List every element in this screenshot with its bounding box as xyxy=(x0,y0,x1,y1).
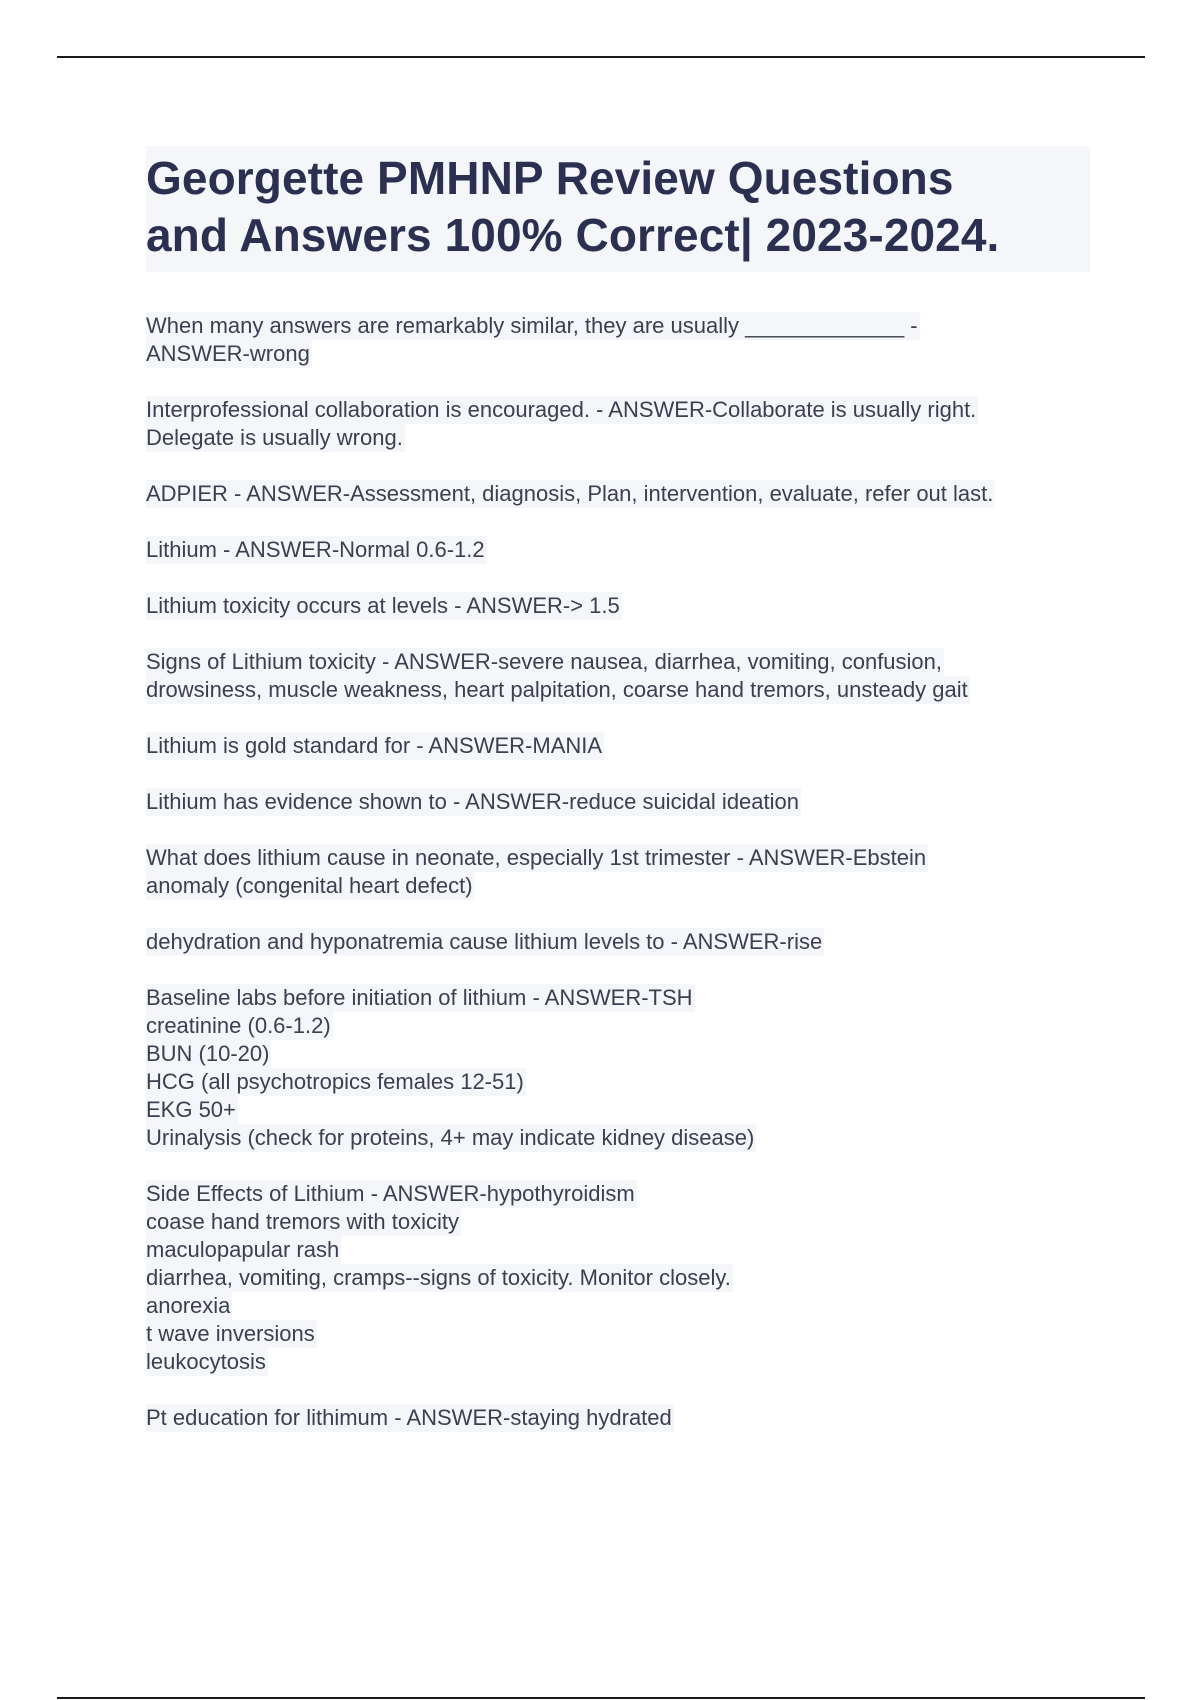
qa-line: coase hand tremors with toxicity xyxy=(146,1208,461,1236)
title-line-2: and Answers 100% Correct| 2023-2024. xyxy=(146,209,999,261)
qa-item: Pt education for lithimum - ANSWER-stayi… xyxy=(146,1404,1086,1432)
qa-line: creatinine (0.6-1.2) xyxy=(146,1012,333,1040)
qa-line: Baseline labs before initiation of lithi… xyxy=(146,984,695,1012)
qa-line: Pt education for lithimum - ANSWER-stayi… xyxy=(146,1404,674,1432)
title-line-1: Georgette PMHNP Review Questions xyxy=(146,152,954,204)
qa-item: Lithium - ANSWER-Normal 0.6-1.2 xyxy=(146,536,1086,564)
qa-line: Lithium has evidence shown to - ANSWER-r… xyxy=(146,788,801,816)
qa-line: Signs of Lithium toxicity - ANSWER-sever… xyxy=(146,648,944,676)
qa-line: HCG (all psychotropics females 12-51) xyxy=(146,1068,526,1096)
qa-item: What does lithium cause in neonate, espe… xyxy=(146,844,1086,900)
qa-line: ANSWER-wrong xyxy=(146,340,312,368)
qa-line: diarrhea, vomiting, cramps--signs of tox… xyxy=(146,1264,733,1292)
qa-line: maculopapular rash xyxy=(146,1236,341,1264)
qa-item: dehydration and hyponatremia cause lithi… xyxy=(146,928,1086,956)
qa-line: dehydration and hyponatremia cause lithi… xyxy=(146,928,824,956)
footer-rule xyxy=(57,1697,1145,1699)
qa-item: Signs of Lithium toxicity - ANSWER-sever… xyxy=(146,648,1086,704)
qa-item: When many answers are remarkably similar… xyxy=(146,312,1086,368)
header-rule xyxy=(57,56,1145,58)
qa-line: anomaly (congenital heart defect) xyxy=(146,872,475,900)
qa-line: When many answers are remarkably similar… xyxy=(146,312,920,340)
qa-line: Side Effects of Lithium - ANSWER-hypothy… xyxy=(146,1180,637,1208)
qa-line: Lithium is gold standard for - ANSWER-MA… xyxy=(146,732,604,760)
qa-item: Lithium is gold standard for - ANSWER-MA… xyxy=(146,732,1086,760)
qa-item: Interprofessional collaboration is encou… xyxy=(146,396,1086,452)
qa-item: Side Effects of Lithium - ANSWER-hypothy… xyxy=(146,1180,1086,1376)
qa-line: Urinalysis (check for proteins, 4+ may i… xyxy=(146,1124,756,1152)
document-title: Georgette PMHNP Review Questions and Ans… xyxy=(146,150,1090,264)
qa-line: BUN (10-20) xyxy=(146,1040,271,1068)
qa-line: EKG 50+ xyxy=(146,1096,238,1124)
qa-line: anorexia xyxy=(146,1292,232,1320)
qa-item: Lithium has evidence shown to - ANSWER-r… xyxy=(146,788,1086,816)
qa-item: ADPIER - ANSWER-Assessment, diagnosis, P… xyxy=(146,480,1086,508)
qa-line: t wave inversions xyxy=(146,1320,317,1348)
qa-item: Baseline labs before initiation of lithi… xyxy=(146,984,1086,1152)
qa-line: ADPIER - ANSWER-Assessment, diagnosis, P… xyxy=(146,480,995,508)
qa-line: Interprofessional collaboration is encou… xyxy=(146,396,978,424)
qa-item: Lithium toxicity occurs at levels - ANSW… xyxy=(146,592,1086,620)
qa-line: drowsiness, muscle weakness, heart palpi… xyxy=(146,676,970,704)
qa-line: Lithium toxicity occurs at levels - ANSW… xyxy=(146,592,622,620)
qa-line: Delegate is usually wrong. xyxy=(146,424,405,452)
qa-list: When many answers are remarkably similar… xyxy=(146,312,1086,1460)
qa-line: leukocytosis xyxy=(146,1348,268,1376)
title-block: Georgette PMHNP Review Questions and Ans… xyxy=(146,146,1090,272)
qa-line: Lithium - ANSWER-Normal 0.6-1.2 xyxy=(146,536,487,564)
qa-line: What does lithium cause in neonate, espe… xyxy=(146,844,928,872)
